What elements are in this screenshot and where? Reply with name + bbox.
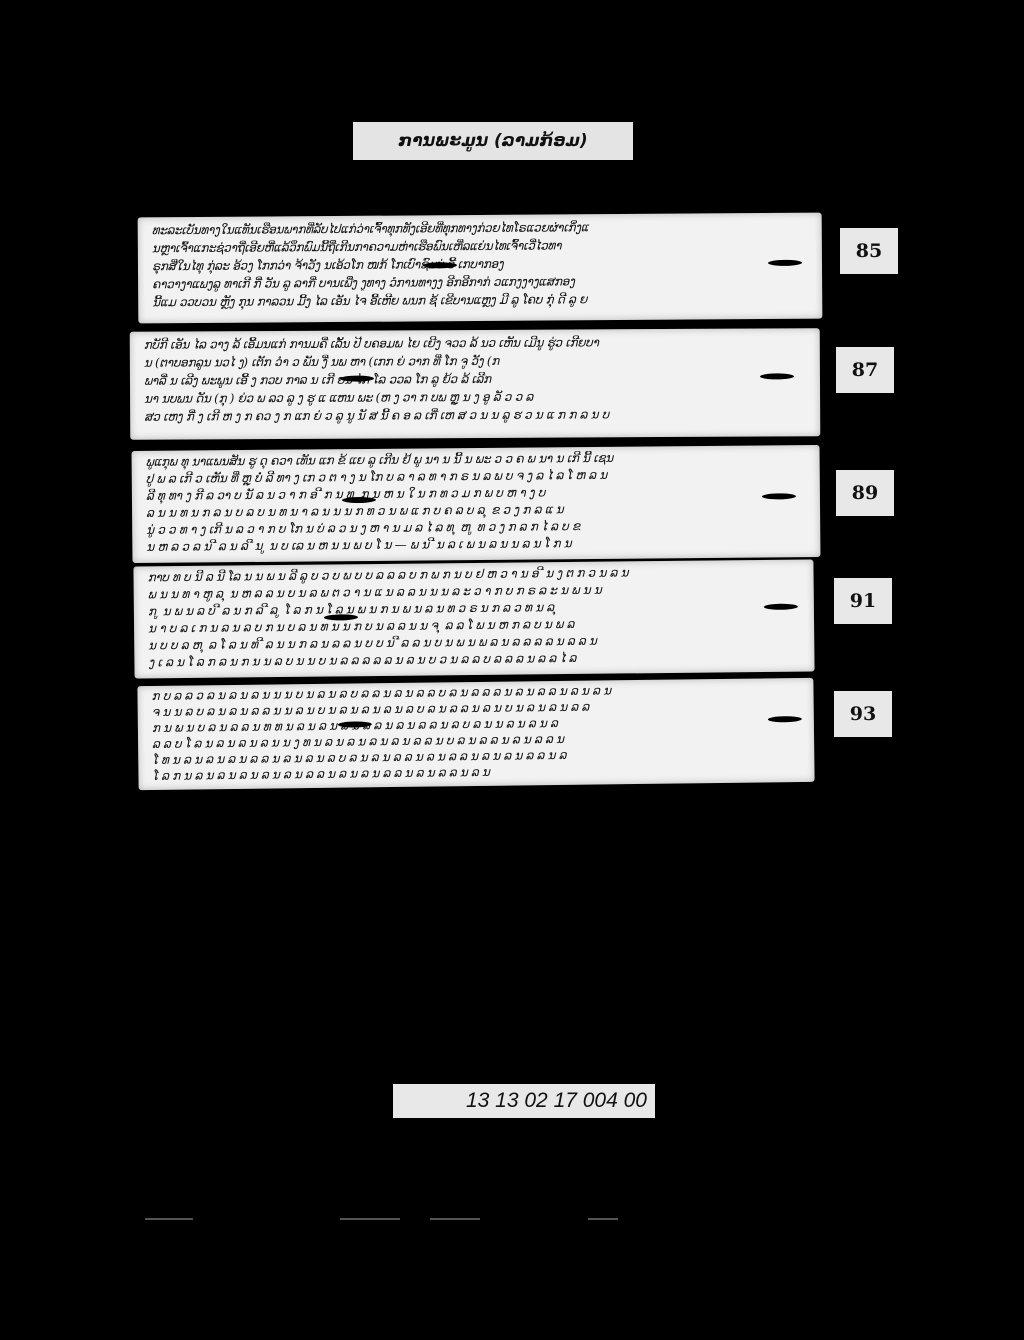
binding-hole <box>762 493 796 499</box>
scan-artifact <box>340 1218 400 1220</box>
page-number: 93 <box>850 703 876 725</box>
page-number-label: 87 <box>836 347 894 393</box>
manuscript-leaf-85: ທະລະເບັນທາງໃນແທັນເຮືອນພາກທີ່ລັບໄປແກ່ວ່າເ… <box>138 213 823 324</box>
leaf-line: ສວ ເຫງ ກີ່ ງ ເກີ ຫ ງ ກ ຄວ ງ ກ ແກ ຍ່ ວ ລູ… <box>144 406 806 424</box>
document-title-label: ການພະມູນ (ລາມກ້ອມ) <box>353 122 633 160</box>
leaf-line: ຄາວາງາແພງລູ ທາເກີ ກີ່ ວັນ ລູ ລາກີ່ ບານເພ… <box>152 273 808 293</box>
leaf-line: ນ ຫ ລ ວ ລ ນ ີ ລ ນ ລ ີ ນ ູ ນ ບ ເລ ນ ຫ ນ ນ… <box>146 534 806 555</box>
leaf-line: ນາ ນບພນ ດັນ (ກຸ ) ຍ່ວ ພ ລວ ລູ ງ ຮູ ແ ແຫນ… <box>144 388 806 406</box>
page-number-label: 91 <box>834 578 892 624</box>
archive-code-label: 13 13 02 17 004 00 <box>393 1084 655 1118</box>
leaf-line: ຣຸກສີ່ໃນໄທຸ ກຸ່ລະ ອ້ວງ ໂກກວ່າ ຈ້າວັງ ນເອ… <box>152 255 808 275</box>
manuscript-leaf-87: ກບັກີ ເອັນ ໄລ ວາງ ລ້ ເອີ້ມນແກ່ ການມຄີ່ ເ… <box>130 328 821 440</box>
document-title: ການພະມູນ (ລາມກ້ອມ) <box>398 131 587 151</box>
leaf-line: ທະລະເບັນທາງໃນແທັນເຮືອນພາກທີ່ລັບໄປແກ່ວ່າເ… <box>152 219 808 239</box>
page-number: 87 <box>852 359 878 381</box>
scan-artifact <box>588 1218 618 1220</box>
leaf-line: ກບັກີ ເອັນ ໄລ ວາງ ລ້ ເອີ້ມນແກ່ ການມຄີ່ ເ… <box>144 334 806 352</box>
leaf-line: ນຫຼາເຈົ້າແກະຊ່ວາຖີ່ເອີຍຫີ່ແລ້ວຶກພົມນີ້ຖີ… <box>152 237 808 257</box>
manuscript-leaf-89: ພູແກຸພ ທຸ ນາແພນສັນ ຮູ ດຸ ຄວາ ເທັນ ແກ ຂ້ … <box>132 445 821 563</box>
page-number-label: 93 <box>834 691 892 737</box>
archive-code: 13 13 02 17 004 00 <box>466 1089 647 1113</box>
page-number: 85 <box>856 240 882 262</box>
leaf-line: ພາລີ່ ນ ເລີງ ພະພູນ ເອີ້ ງ ກວບ ກາລ ນ ເກີ … <box>144 370 806 388</box>
leaf-line: ນ (ຕາບອກລູນ ນວໄ ງ) ເຕັກ ວຳ ວ ພັນ ງີ່ ນພ … <box>144 352 806 370</box>
manuscript-leaf-91: ກາບ ທ ບ ນີ ລ ນີ ໂລ ນ ນ ພ ນ ລີ ລູ ບ ວ ບ ພ… <box>133 559 814 678</box>
scan-artifact <box>430 1218 480 1220</box>
page-number: 91 <box>850 590 876 612</box>
page-number-label: 85 <box>840 228 898 274</box>
page-number-label: 89 <box>836 470 894 516</box>
leaf-line: ນີ້ແມ ວວບວນ ຫຼັງ ກຸນ ກາລວນ ມີ້ງ ໄລ ເອັນ … <box>152 291 808 311</box>
manuscript-leaf-93: ກ ບ ລ ລ ວ ລ ນ ລ ນ ລ ນ ນ ນ ບ ນ ລ ນ ລ ບ ລ … <box>137 678 814 790</box>
scan-artifact <box>145 1218 193 1220</box>
page-number: 89 <box>852 482 878 504</box>
binding-hole <box>342 497 376 503</box>
